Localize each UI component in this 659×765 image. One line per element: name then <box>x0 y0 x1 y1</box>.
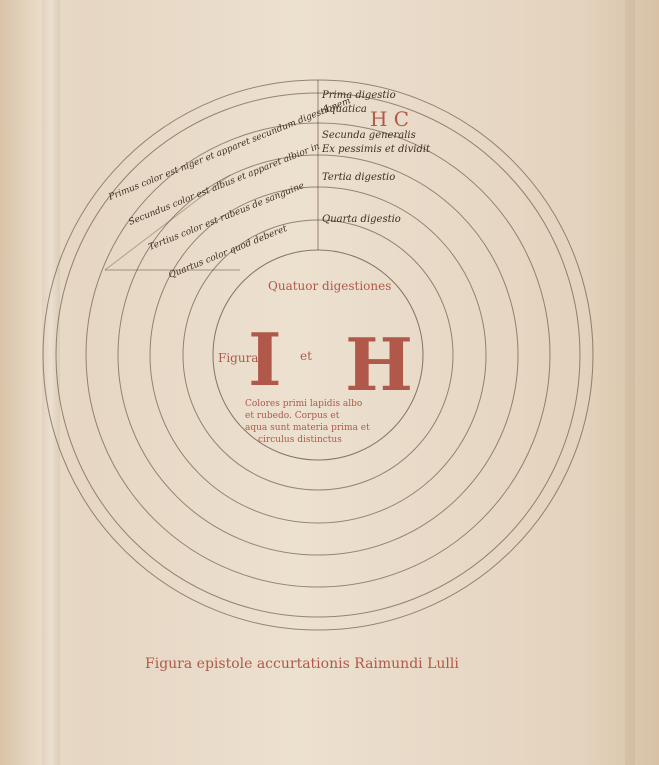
quadrant-line: Tertius color est rubeus de sanguine <box>147 181 305 253</box>
ring-label: Secunda generalis <box>322 130 416 141</box>
caption-line: Colores primi lapidis albo <box>245 399 362 409</box>
center-heading: Quatuor digestiones <box>268 279 391 293</box>
caption-line: aqua sunt materia prima et <box>245 423 370 433</box>
ring-label: Quarta digestio <box>322 214 401 225</box>
ring-label: Prima digestio <box>321 90 396 101</box>
footer-title: Figura epistole accurtationis Raimundi L… <box>145 656 459 672</box>
caption-line: circulus distinctus <box>258 435 342 445</box>
initial-H: H <box>345 322 413 407</box>
caption-line: et rubedo. Corpus et <box>245 411 340 421</box>
initial-I: I <box>248 317 282 402</box>
ring-sub: Ex pessimis et dividit <box>321 144 431 155</box>
center-connector: et <box>300 349 312 363</box>
ring-label: Tertia digestio <box>322 172 395 183</box>
manuscript-page: Quatuor digestiones Figura I et H Colore… <box>0 0 659 765</box>
circular-diagram: Quatuor digestiones Figura I et H Colore… <box>0 0 659 765</box>
ring-letters: H C <box>370 107 409 131</box>
